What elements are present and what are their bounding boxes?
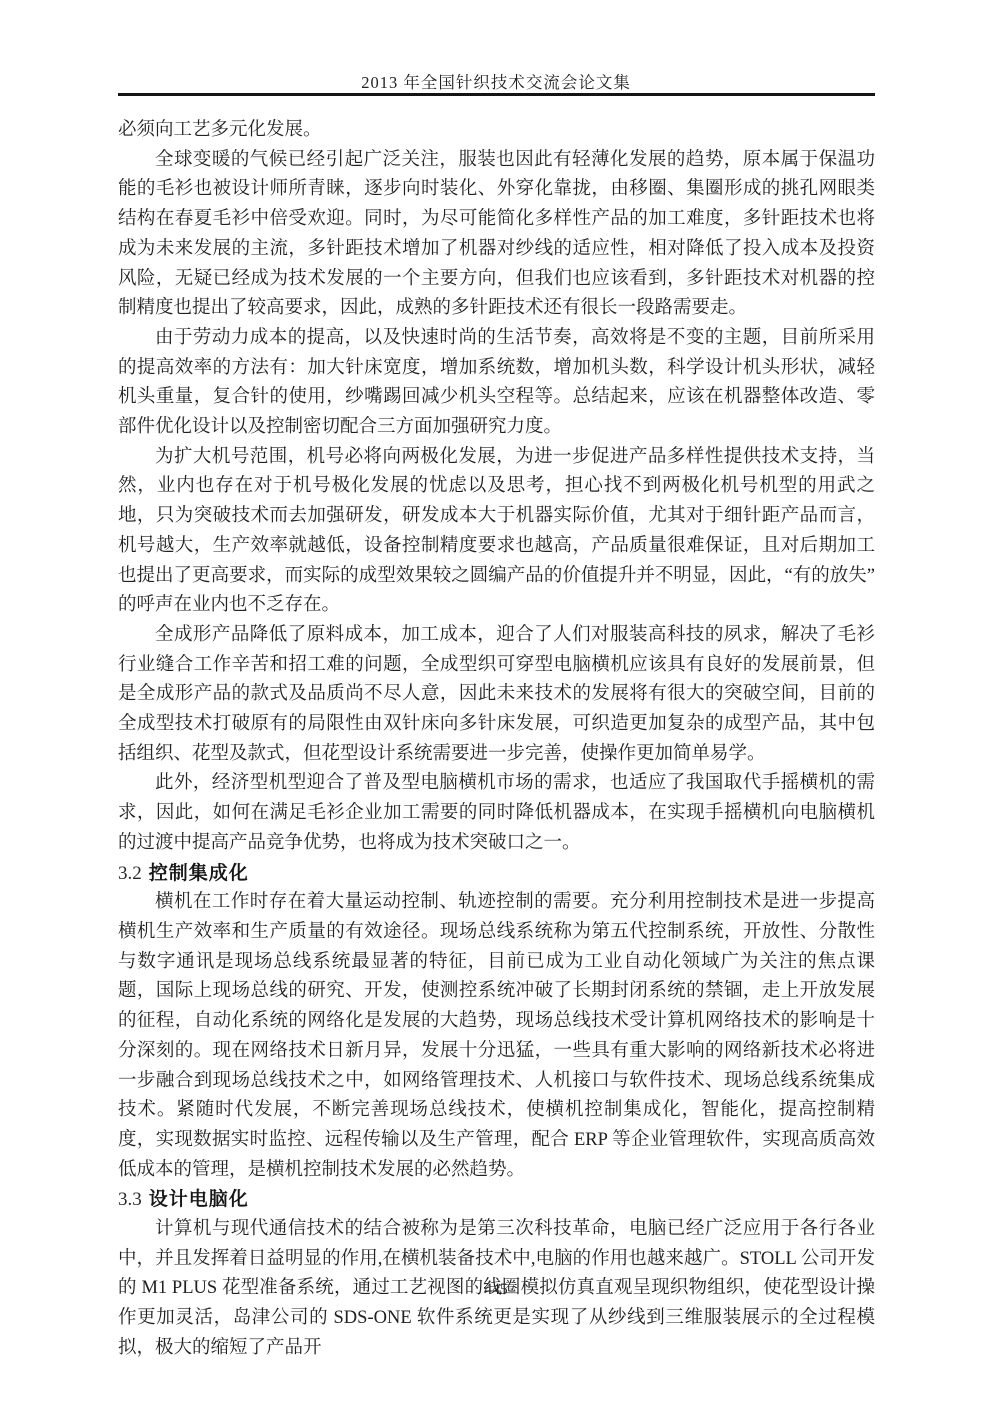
paragraph: 由于劳动力成本的提高，以及快速时尚的生活节奏，高效将是不变的主题，目前所采用的提… bbox=[118, 324, 875, 443]
page-footer: 445 bbox=[0, 1281, 992, 1299]
section-heading-3-3: 3.3设计电脑化 bbox=[118, 1185, 875, 1215]
paragraph: 全成形产品降低了原料成本，加工成本，迎合了人们对服装高科技的夙求，解决了毛衫行业… bbox=[118, 621, 875, 770]
section-title: 设计电脑化 bbox=[149, 1189, 249, 1210]
paragraph: 全球变暖的气候已经引起广泛关注，服装也因此有轻薄化发展的趋势，原本属于保温功能的… bbox=[118, 146, 875, 324]
page-header-title: 2013 年全国针织技术交流会论文集 bbox=[0, 69, 992, 93]
section-number: 3.2 bbox=[118, 863, 142, 884]
section-title: 控制集成化 bbox=[149, 863, 249, 884]
paragraph: 为扩大机号范围，机号必将向两极化发展，为进一步促进产品多样性提供技术支持，当然，… bbox=[118, 443, 875, 621]
page-body: 必须向工艺多元化发展。 全球变暖的气候已经引起广泛关注，服装也因此有轻薄化发展的… bbox=[118, 116, 875, 1364]
paragraph-continuation: 必须向工艺多元化发展。 bbox=[118, 116, 875, 146]
section-number: 3.3 bbox=[118, 1189, 142, 1210]
header-rule bbox=[118, 93, 875, 96]
page-number: 445 bbox=[484, 1281, 507, 1298]
paragraph: 此外，经济型机型迎合了普及型电脑横机市场的需求，也适应了我国取代手摇横机的需求，… bbox=[118, 769, 875, 858]
section-heading-3-2: 3.2控制集成化 bbox=[118, 859, 875, 889]
paragraph: 横机在工作时存在着大量运动控制、轨迹控制的需要。充分利用控制技术是进一步提高横机… bbox=[118, 888, 875, 1185]
document-page: 2013 年全国针织技术交流会论文集 必须向工艺多元化发展。 全球变暖的气候已经… bbox=[0, 0, 992, 1403]
